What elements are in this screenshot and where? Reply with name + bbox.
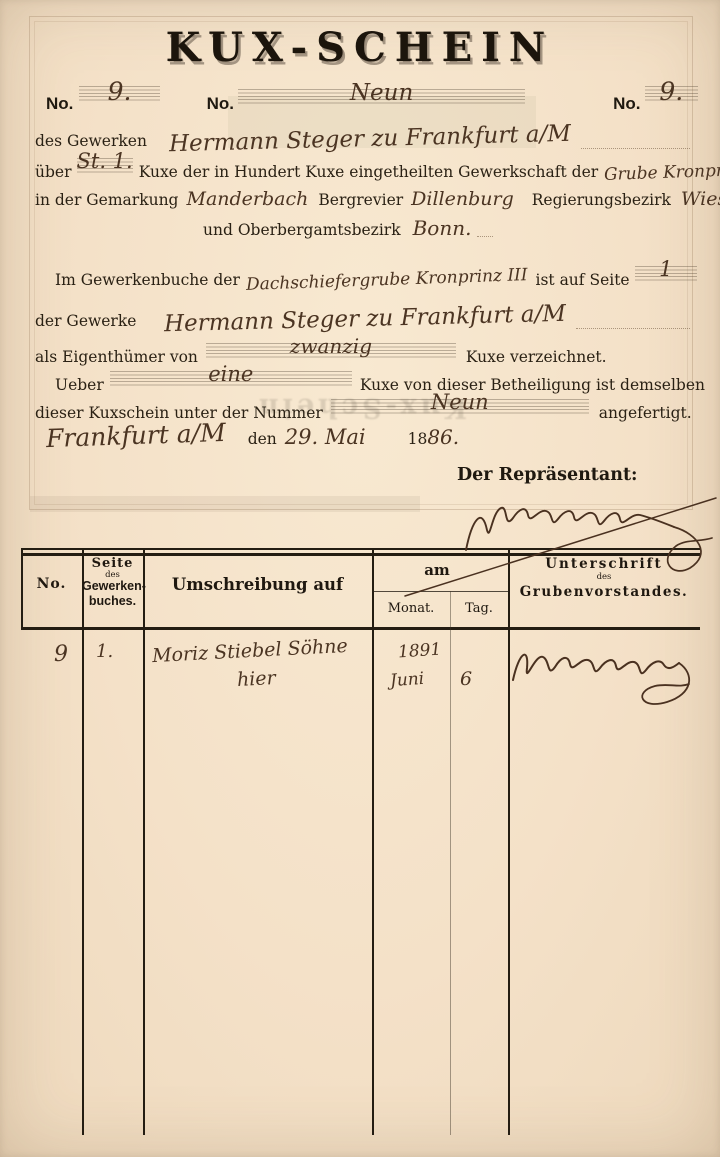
eigenthuemer-printed-1: als Eigenthümer von bbox=[35, 348, 198, 366]
seite-written: 1 bbox=[659, 257, 672, 281]
row-no: 9 bbox=[40, 642, 82, 667]
anzahl-written: zwanzig bbox=[290, 334, 372, 358]
no-value-right: 9. bbox=[659, 77, 683, 106]
oberbergamt-line: und Oberbergamtsbezirk Bonn. bbox=[203, 216, 493, 240]
no-field-center: Neun bbox=[238, 89, 525, 105]
anteil-field: eine bbox=[110, 371, 352, 387]
col-rule-umschreibung bbox=[372, 548, 374, 1135]
gewerke-rule bbox=[576, 327, 690, 329]
year-written: 86. bbox=[427, 425, 459, 449]
col-rule-seite bbox=[143, 548, 145, 1135]
kuxe-count-field: St. 1. bbox=[77, 158, 133, 174]
gewerke-printed: der Gewerke bbox=[35, 312, 136, 330]
gemarkung-printed-3: Regierungsbezirk bbox=[532, 191, 671, 209]
oberbergamt-printed: und Oberbergamtsbezirk bbox=[203, 221, 401, 239]
gewerke-written: Hermann Steger zu Frankfurt a/M bbox=[164, 301, 566, 338]
row-umschreibung-2: hier bbox=[236, 667, 276, 691]
den-printed: den bbox=[248, 430, 277, 448]
no-value-left: 9. bbox=[108, 77, 132, 106]
nummer-field: Neun bbox=[331, 399, 589, 415]
owner-line: des Gewerken Hermann Steger zu Frankfurt… bbox=[35, 126, 690, 152]
oberbergamt-written: Bonn. bbox=[413, 216, 472, 240]
kuxe-line: über St. 1. Kuxe der in Hundert Kuxe ein… bbox=[35, 158, 720, 182]
gemarkung-written-2: Dillenburg bbox=[411, 188, 514, 210]
nummer-line: dieser Kuxschein unter der Nummer Neun a… bbox=[35, 399, 695, 422]
row-seite: 1. bbox=[96, 641, 136, 662]
kuxe-printed-1: über bbox=[35, 163, 72, 181]
anteil-line: Ueber eine Kuxe von dieser Betheiligung … bbox=[55, 371, 705, 394]
gemarkung-line: in der Gemarkung Manderbach Bergrevier D… bbox=[35, 188, 695, 210]
no-value-center: Neun bbox=[350, 80, 413, 106]
owner-printed: des Gewerken bbox=[35, 132, 147, 150]
eigenthuemer-printed-2: Kuxe verzeichnet. bbox=[466, 348, 607, 366]
gemarkung-written-1: Manderbach bbox=[186, 188, 308, 210]
header-monat: Monat. bbox=[372, 601, 450, 616]
place-written: Frankfurt a/M bbox=[46, 418, 227, 453]
owner-written: Hermann Steger zu Frankfurt a/M bbox=[169, 121, 571, 158]
anteil-printed-1: Ueber bbox=[55, 376, 104, 394]
header-seite-4: buches. bbox=[82, 594, 143, 608]
representative-signature bbox=[280, 478, 720, 598]
gewerkenbuch-printed-2: ist auf Seite bbox=[536, 271, 630, 289]
gemarkung-printed-1: in der Gemarkung bbox=[35, 191, 178, 209]
mine-name-written: Grube Kronprinz III bbox=[604, 159, 720, 185]
no-field-left: 9. bbox=[79, 86, 159, 102]
owner-rule bbox=[581, 147, 690, 149]
no-field-right: 9. bbox=[645, 86, 699, 102]
grubenvorstand-signature bbox=[505, 630, 715, 730]
gewerkenbuch-written-1: Dachschiefergrube Kronprinz III bbox=[246, 265, 528, 295]
document-title: KUX-SCHEIN bbox=[0, 24, 720, 71]
col-rule-no bbox=[82, 548, 84, 1135]
anzahl-field: zwanzig bbox=[206, 343, 456, 359]
oberbergamt-rule bbox=[477, 235, 493, 237]
col-rule-monat-tag bbox=[450, 591, 451, 1135]
row-monat-2: Juni bbox=[389, 669, 424, 691]
header-seite-1: Seite bbox=[82, 556, 143, 571]
gewerkenbuch-printed-1: Im Gewerkenbuche der bbox=[55, 271, 240, 289]
no-label-right: No. bbox=[613, 94, 640, 114]
kuxe-printed-2: Kuxe der in Hundert Kuxe eingetheilten G… bbox=[139, 163, 598, 181]
gemarkung-written-3: Wiesbaden bbox=[681, 188, 720, 210]
nummer-printed-2: angefertigt. bbox=[599, 404, 692, 422]
kux-schein-certificate: Kux-Schein KUX-SCHEIN No. 9. No. Neun No… bbox=[0, 0, 720, 1157]
nummer-written: Neun bbox=[431, 390, 489, 414]
anteil-printed-2: Kuxe von dieser Betheiligung ist demselb… bbox=[360, 376, 705, 394]
seite-field: 1 bbox=[635, 266, 697, 282]
gewerke-line: der Gewerke Hermann Steger zu Frankfurt … bbox=[35, 306, 690, 332]
header-seite-3: Gewerken- bbox=[82, 579, 143, 593]
eigenthuemer-line: als Eigenthümer von zwanzig Kuxe verzeic… bbox=[35, 343, 695, 366]
kuxe-count-written: St. 1. bbox=[77, 149, 133, 173]
anteil-written: eine bbox=[208, 362, 253, 386]
row-umschreibung-1: Moriz Stiebel Söhne bbox=[152, 635, 349, 667]
row-tag: 6 bbox=[460, 668, 472, 690]
no-label-left: No. bbox=[46, 94, 73, 114]
row-monat-1: 1891 bbox=[397, 640, 442, 663]
header-no: No. bbox=[21, 576, 82, 592]
date-line: Frankfurt a/M den 29. Mai 18 86. bbox=[46, 421, 526, 450]
date-written: 29. Mai bbox=[285, 425, 366, 449]
year-printed: 18 bbox=[408, 430, 428, 448]
header-tag: Tag. bbox=[450, 601, 508, 616]
gemarkung-printed-2: Bergrevier bbox=[318, 191, 403, 209]
no-label-center: No. bbox=[207, 94, 234, 114]
number-row: No. 9. No. Neun No. 9. bbox=[46, 86, 698, 114]
gewerkenbuch-line: Im Gewerkenbuche der Dachschiefergrube K… bbox=[55, 266, 697, 290]
